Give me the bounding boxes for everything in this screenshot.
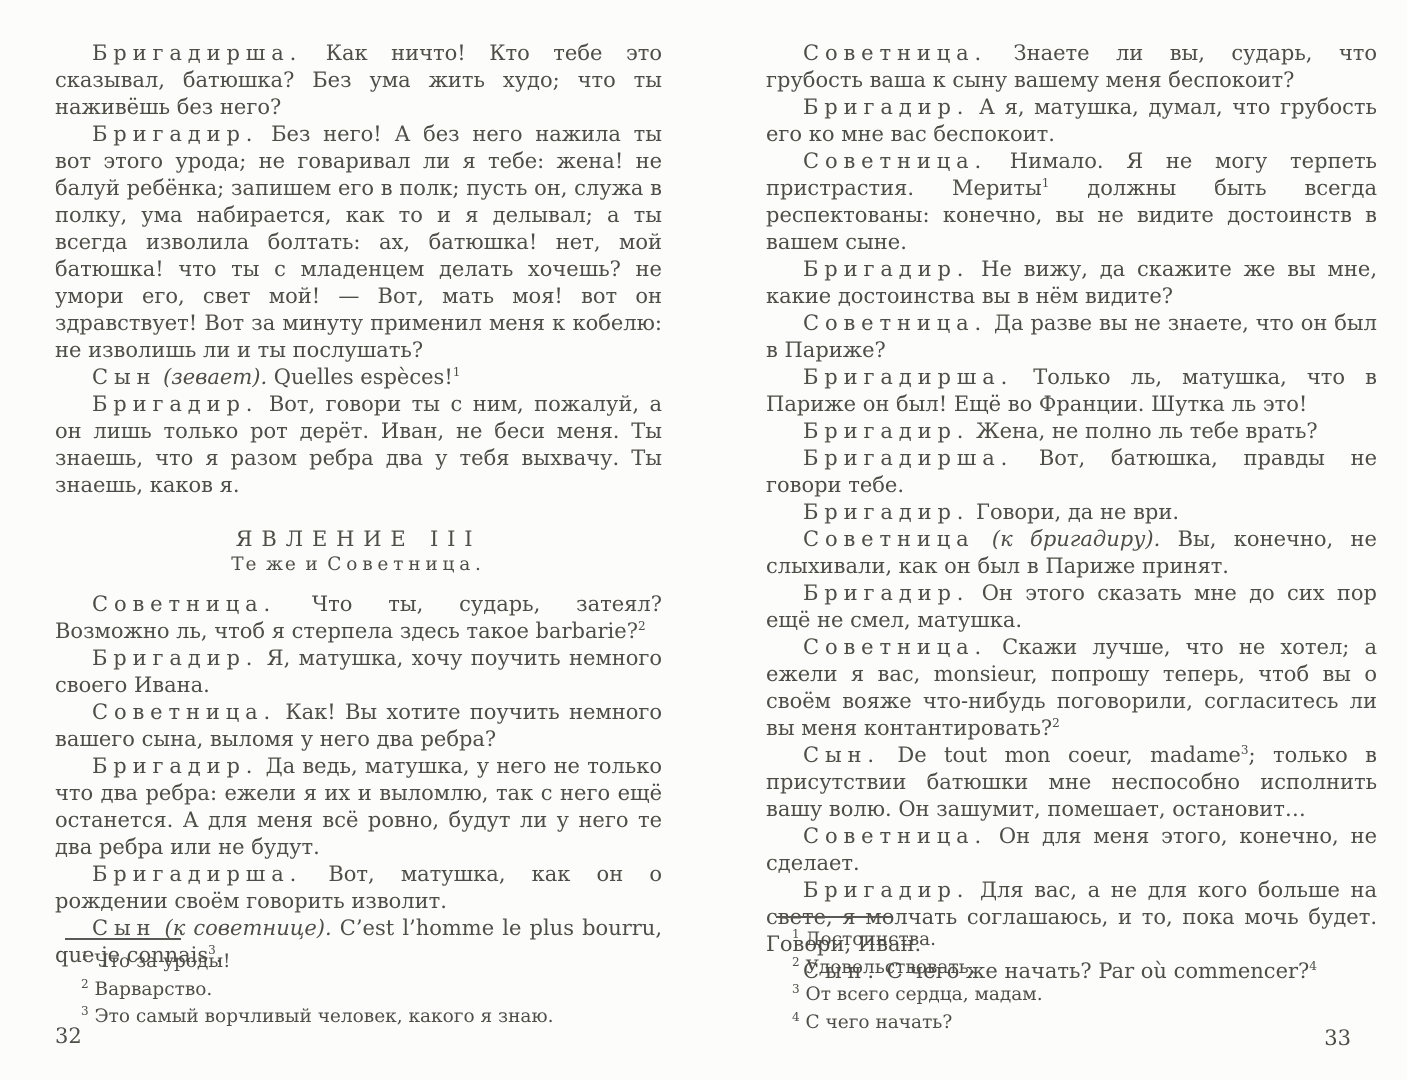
footnote: 1 Достоинства. [766,926,1377,954]
speaker-name: Советница. [803,824,987,848]
footnote-rule [65,938,181,940]
speaker-name: Советница. [92,700,276,724]
page-right-text-block: Советница. Знаете ли вы, сударь, что гру… [766,40,1377,985]
speaker-name: Бригадир. [803,257,969,281]
stage-direction: (к советнице). [156,916,331,940]
dialogue-paragraph: Бригадир. Вот, говори ты с ним, пожалуй,… [55,391,662,499]
speaker-name: Советница. [803,149,987,173]
speaker-name: Советница. [803,311,987,335]
footnotes-left: 1 Что за уроды!2 Варварство.3 Это самый … [55,938,662,1031]
speaker-name: Советница. [327,554,485,575]
scene-cast-list: Те же и Советница. [55,554,662,575]
speaker-name: Сын [92,365,156,389]
speaker-name: Бригадир. [803,878,969,902]
scene-heading: ЯВЛЕНИЕ III [55,527,662,551]
book-spread: Бригадирша. Как ничто! Кто тебе это сказ… [0,0,1407,1080]
speaker-name: Советница. [92,592,276,616]
dialogue-paragraph: Сын. De tout mon coeur, madame3; только … [766,742,1377,823]
page-right: Советница. Знаете ли вы, сударь, что гру… [766,0,1377,1080]
page-left-text-block: Бригадирша. Как ничто! Кто тебе это сказ… [55,40,662,969]
dialogue-text: De tout mon coeur, madame [880,743,1241,767]
footnote-number: 4 [792,1009,800,1023]
dialogue-paragraph: Сын (зевает). Quelles espèces!1 [55,364,662,391]
footnote: 2 Удовольствовать. [766,954,1377,982]
dialogue-paragraph: Советница. Он для меня этого, конечно, н… [766,823,1377,877]
speaker-name: Бригадир. [92,122,258,146]
footnote-reference: 2 [638,619,646,633]
footnotes-right: 1 Достоинства.2 Удовольствовать.3 От все… [766,916,1377,1036]
dialogue-paragraph: Бригадирша. Вот, матушка, как он о рожде… [55,861,662,915]
speaker-name: Советница [803,527,975,551]
dialogue-paragraph: Бригадир. Без него! А без него нажила ты… [55,121,662,364]
dialogue-paragraph: Бригадир. Говори, да не ври. [766,499,1377,526]
dialogue-paragraph: Советница. Как! Вы хотите поучить немног… [55,699,662,753]
speaker-name: Сын. [803,743,880,767]
footnote: 2 Варварство. [55,976,662,1004]
dialogue-paragraph: Бригадирша. Только ль, матушка, что в Па… [766,364,1377,418]
footnote: 1 Что за уроды! [55,948,662,976]
footnote-rule [776,916,892,918]
dialogue-paragraph: Бригадир. Я, матушка, хочу поучить немно… [55,645,662,699]
dialogue-paragraph: Советница. Скажи лучше, что не хотел; а … [766,634,1377,742]
footnote-list: 1 Достоинства.2 Удовольствовать.3 От все… [766,926,1377,1036]
footnote: 3 От всего сердца, мадам. [766,981,1377,1009]
footnote: 3 Это самый ворчливый человек, какого я … [55,1003,662,1031]
speaker-name: Бригадирша. [803,365,1013,389]
speaker-name: Бригадир. [803,419,969,443]
dialogue-paragraph: Советница. Что ты, сударь, затеял? Возмо… [55,591,662,645]
dialogue-paragraph: Бригадир. Жена, не полно ль тебе врать? [766,418,1377,445]
speaker-name: Бригадирша. [92,41,302,65]
footnote-number: 2 [792,954,800,968]
dialogue-paragraph: Советница. Да разве вы не знаете, что он… [766,310,1377,364]
speaker-name: Бригадирша. [803,446,1013,470]
dialogue-paragraph: Бригадирша. Как ничто! Кто тебе это сказ… [55,40,662,121]
dialogue-text: Quelles espèces! [267,365,453,389]
dialogue-paragraph: Бригадир. Он этого сказать мне до сих по… [766,580,1377,634]
stage-direction: (к бригадиру). [975,527,1161,551]
footnote-list: 1 Что за уроды!2 Варварство.3 Это самый … [55,948,662,1031]
speaker-name: Бригадир. [92,754,258,778]
dialogue-text: Те же и [231,554,327,575]
speaker-name: Советница. [803,41,987,65]
dialogue-paragraph: Бригадир. Да ведь, матушка, у него не то… [55,753,662,861]
page-number-right: 33 [1324,1026,1351,1050]
speaker-name: Сын [92,916,156,940]
dialogue-paragraph: Бригадир. Не вижу, да скажите же вы мне,… [766,256,1377,310]
footnote-number: 3 [81,1004,89,1018]
speaker-name: Бригадир. [92,392,258,416]
footnote-reference: 2 [1052,716,1060,730]
speaker-name: Бригадир. [803,581,969,605]
dialogue-paragraph: Советница. Знаете ли вы, сударь, что гру… [766,40,1377,94]
speaker-name: Бригадир. [92,646,258,670]
speaker-name: Бригадирша. [92,862,302,886]
footnote-number: 2 [81,976,89,990]
footnote-number: 1 [81,949,89,963]
dialogue-paragraph: Бригадир. А я, матушка, думал, что грубо… [766,94,1377,148]
footnote-number: 3 [792,982,800,996]
stage-direction: (зевает). [156,365,267,389]
speaker-name: Бригадир. [803,500,969,524]
footnote-reference: 1 [453,365,461,379]
dialogue-paragraph: Советница (к бригадиру). Вы, конечно, не… [766,526,1377,580]
speaker-name: Советница. [803,635,987,659]
dialogue-text: Говори, да не ври. [969,500,1179,524]
dialogue-paragraph: Бригадирша. Вот, батюшка, правды не гово… [766,445,1377,499]
footnote: 4 С чего начать? [766,1009,1377,1037]
footnote-number: 1 [792,927,800,941]
dialogue-text: Без него! А без него нажила ты вот этого… [55,122,662,362]
speaker-name: Бригадир. [803,95,969,119]
dialogue-text: Жена, не полно ль тебе врать? [969,419,1317,443]
page-number-left: 32 [55,1024,82,1048]
page-left: Бригадирша. Как ничто! Кто тебе это сказ… [55,0,662,1080]
footnote-reference: 3 [1241,743,1249,757]
dialogue-paragraph: Советница. Нимало. Я не могу терпеть при… [766,148,1377,256]
